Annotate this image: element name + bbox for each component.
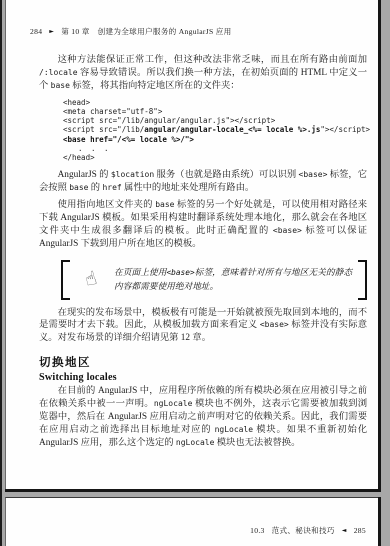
inline-code: ngLocale <box>154 399 193 408</box>
bracket-right <box>358 260 367 300</box>
inline-code: base <box>51 81 70 90</box>
text-run: 模块也无法被替换。 <box>214 438 300 448</box>
code-line-bold: <base href="/<%= locale %>/"> <box>63 135 367 144</box>
inline-code: base <box>155 200 174 209</box>
code-run: "></script> <box>320 125 370 134</box>
pdf-viewer-canvas: { "page284": { "header": { "page_num": "… <box>0 0 390 546</box>
book-page-284: 284 ► 第 10 章 创建为全球用户服务的 AngularJS 应用 这种方… <box>5 0 378 489</box>
chapter-title: 创建为全球用户服务的 AngularJS 应用 <box>98 26 232 37</box>
text-run: 在页面上使用 <box>114 267 166 277</box>
inline-code: href <box>102 183 121 192</box>
inline-code: base <box>69 183 88 192</box>
page-285-running-head: 10.3 范式、秘诀和技巧 ◄ 285 <box>250 525 366 536</box>
code-ellipsis: . . . <box>63 144 367 153</box>
chapter-number: 第 10 章 <box>61 26 89 37</box>
section-heading: 切换地区 Switching locales <box>39 357 367 385</box>
paragraph-2: AngularJS 的 $location 服务（也就是路由系统）可以识别 <b… <box>39 169 367 195</box>
inline-code: <base> <box>273 226 302 235</box>
inline-code: <base> <box>166 268 194 277</box>
text-run: 服务（也就是路由系统）可以识别 <box>154 170 298 180</box>
inline-code: <base> <box>260 320 289 329</box>
code-line: </head> <box>63 153 367 162</box>
tip-text: 在页面上使用<base>标签，意味着针对所有与地区无关的静态内容都需要使用绝对地… <box>114 266 352 293</box>
text-run: 这种方法能保证正常工作，但这种改法非常乏味，而且在所有路由前面加 <box>58 55 367 65</box>
inline-code: $location <box>111 170 154 179</box>
inline-code: <base> <box>299 170 328 179</box>
section-title: 范式、秘诀和技巧 <box>272 525 335 536</box>
paragraph-3: 使用指向地区文件夹的 base 标签的另一个好处就是，可以使用相对路径来下载 A… <box>39 199 367 251</box>
inline-code: ngLocale <box>215 425 254 434</box>
paragraph-5: 在目前的 AngularJS 中，应用程序所依赖的所有模块必须在应用被引导之前在… <box>39 385 367 450</box>
section-heading-chinese: 切换地区 <box>39 357 367 370</box>
inline-code: ngLocale <box>176 438 215 447</box>
code-line: <meta charset="utf-8"> <box>63 107 367 116</box>
code-listing: <head> <meta charset="utf-8"> <script sr… <box>63 98 367 162</box>
code-run-bold: angular/angular-locale_<%= locale %>.js <box>144 125 320 134</box>
bracket-left <box>61 260 70 300</box>
viewer-left-edge <box>0 0 2 546</box>
code-line: <script src="/lib/angular/angular-locale… <box>63 125 367 134</box>
page-number: 285 <box>354 526 366 535</box>
code-run: <script src="/lib/ <box>63 125 144 134</box>
inline-code: /:locale <box>39 68 78 77</box>
code-line: <head> <box>63 98 367 107</box>
text-run: 标签，将其指向特定地区所在的文件夹： <box>70 81 240 91</box>
section-number: 10.3 <box>250 526 265 535</box>
text-run: 属性中的地址来处理所有路由。 <box>122 183 254 193</box>
text-run: AngularJS 的 <box>58 170 111 180</box>
code-line: <script src="/lib/angular/angular.js"></… <box>63 116 367 125</box>
paragraph-4: 在现实的发布场景中，模板极有可能是一开始就被预先取回到本地的，而不是需要时才去下… <box>39 307 367 346</box>
tip-note-box: ☝ 在页面上使用<base>标签，意味着针对所有与地区无关的静态内容都需要使用绝… <box>61 260 367 300</box>
text-run: 的 <box>88 183 102 193</box>
arrow-left-icon: ◄ <box>342 527 347 534</box>
book-page-285: 10.3 范式、秘诀和技巧 ◄ 285 <box>5 497 378 546</box>
section-heading-english: Switching locales <box>39 372 367 385</box>
page-body: 这种方法能保证正常工作，但这种改法非常乏味，而且在所有路由前面加 /:local… <box>39 54 367 450</box>
text-run: 使用指向地区文件夹的 <box>58 200 156 210</box>
page-284-running-head: 284 ► 第 10 章 创建为全球用户服务的 AngularJS 应用 <box>30 26 378 37</box>
paragraph-1: 这种方法能保证正常工作，但这种改法非常乏味，而且在所有路由前面加 /:local… <box>39 54 367 93</box>
pointing-hand-icon: ☝ <box>72 266 110 293</box>
page-number: 284 <box>30 27 42 36</box>
arrow-right-icon: ► <box>49 28 54 35</box>
